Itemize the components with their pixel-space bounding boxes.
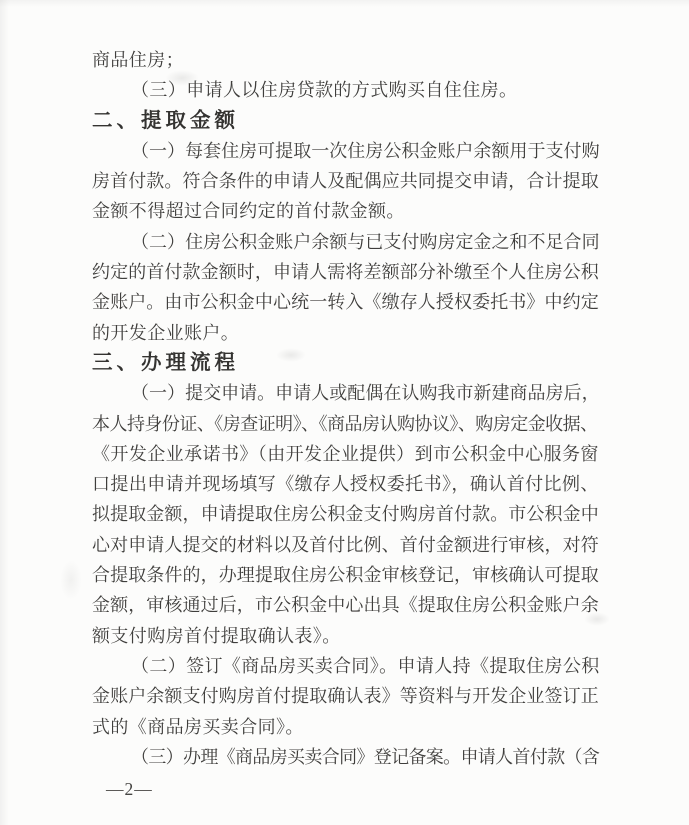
text-line: 《开发企业承诺书》（由开发企业提供）到市公积金中心服务窗	[92, 439, 610, 469]
text-line-content: 口提出申请并现场填写《缴存人授权委托书》，确认首付比例、	[92, 469, 599, 499]
scan-artifact	[60, 560, 82, 600]
text-line-content: （三）办理《商品房买卖合同》登记备案。申请人首付款（含	[131, 742, 599, 772]
text-line-content: （二）住房公积金账户余额与已支付购房定金之和不足合同	[131, 227, 600, 257]
text-line-content: 式的《商品房买卖合同》。	[92, 712, 304, 742]
text-line: （二）签订《商品房买卖合同》。申请人持《提取住房公积	[92, 651, 610, 681]
text-line: 金账户。由市公积金中心统一转入《缴存人授权委托书》中约定	[92, 287, 610, 317]
text-line-content: 金额不得超过合同约定的首付款金额。	[92, 196, 405, 226]
text-line: 商品住房；	[92, 45, 610, 75]
text-line: 的开发企业账户。	[92, 318, 610, 348]
text-line-content: 合提取条件的，办理提取住房公积金审核登记，审核确认可提取	[92, 560, 599, 590]
text-line: 约定的首付款金额时，申请人需将差额部分补缴至个人住房公积	[92, 257, 610, 287]
text-line-content: （三）申请人以住房贷款的方式购买自住住房。	[131, 75, 517, 105]
text-line: 式的《商品房买卖合同》。	[92, 712, 610, 742]
text-line-content: （一）每套住房可提取一次住房公积金账户余额用于支付购	[131, 136, 600, 166]
document-body: 商品住房；（三）申请人以住房贷款的方式购买自住住房。二、提取金额（一）每套住房可…	[92, 45, 610, 772]
text-line-content: 拟提取金额，申请提取住房公积金支付购房首付款。市公积金中	[92, 499, 599, 529]
text-line-content: 额支付购房首付提取确认表》。	[92, 621, 341, 651]
text-line: （一）提交申请。申请人或配偶在认购我市新建商品房后，	[92, 378, 610, 408]
text-line: （三）申请人以住房贷款的方式购买自住住房。	[92, 75, 610, 105]
text-line: 心对申请人提交的材料以及首付比例、首付金额进行审核，对符	[92, 530, 610, 560]
text-line: 本人持身份证、《房查证明》、《商品房认购协议》、购房定金收据、	[92, 409, 610, 439]
text-line: （二）住房公积金账户余额与已支付购房定金之和不足合同	[92, 227, 610, 257]
text-line: 口提出申请并现场填写《缴存人授权委托书》，确认首付比例、	[92, 469, 610, 499]
text-line-content: 《开发企业承诺书》（由开发企业提供）到市公积金中心服务窗	[92, 439, 599, 469]
text-line: 额支付购房首付提取确认表》。	[92, 621, 610, 651]
text-line: 拟提取金额，申请提取住房公积金支付购房首付款。市公积金中	[92, 499, 610, 529]
scanned-document-page: 商品住房；（三）申请人以住房贷款的方式购买自住住房。二、提取金额（一）每套住房可…	[0, 0, 689, 825]
text-line-content: 金账户。由市公积金中心统一转入《缴存人授权委托书》中约定	[92, 287, 599, 317]
text-line: 房首付款。符合条件的申请人及配偶应共同提交申请，合计提取	[92, 166, 610, 196]
text-line: 金额不得超过合同约定的首付款金额。	[92, 196, 610, 226]
text-line-content: 房首付款。符合条件的申请人及配偶应共同提交申请，合计提取	[92, 166, 599, 196]
text-line-content: 金额，审核通过后，市公积金中心出具《提取住房公积金账户余	[92, 590, 599, 620]
text-line-content: 的开发企业账户。	[92, 318, 239, 348]
text-line: （一）每套住房可提取一次住房公积金账户余额用于支付购	[92, 136, 610, 166]
text-line: 合提取条件的，办理提取住房公积金审核登记，审核确认可提取	[92, 560, 610, 590]
text-line-content: 三、办理流程	[92, 348, 239, 378]
text-line-content: 本人持身份证、《房查证明》、《商品房认购协议》、购房定金收据、	[92, 409, 598, 439]
text-line: （三）办理《商品房买卖合同》登记备案。申请人首付款（含	[92, 742, 610, 772]
text-line: 金账户余额支付购房首付提取确认表》等资料与开发企业签订正	[92, 681, 610, 711]
text-line-content: 二、提取金额	[92, 106, 239, 136]
text-line-content: （二）签订《商品房买卖合同》。申请人持《提取住房公积	[131, 651, 600, 681]
section-heading: 三、办理流程	[92, 348, 610, 378]
text-line-content: 心对申请人提交的材料以及首付比例、首付金额进行审核，对符	[92, 530, 599, 560]
section-heading: 二、提取金额	[92, 106, 610, 136]
text-line-content: （一）提交申请。申请人或配偶在认购我市新建商品房后，	[131, 378, 600, 408]
text-line-content: 商品住房；	[92, 45, 184, 75]
text-line: 金额，审核通过后，市公积金中心出具《提取住房公积金账户余	[92, 590, 610, 620]
page-number: —2—	[106, 779, 153, 800]
text-line-content: 约定的首付款金额时，申请人需将差额部分补缴至个人住房公积	[92, 257, 599, 287]
text-line-content: 金账户余额支付购房首付提取确认表》等资料与开发企业签订正	[92, 681, 599, 711]
